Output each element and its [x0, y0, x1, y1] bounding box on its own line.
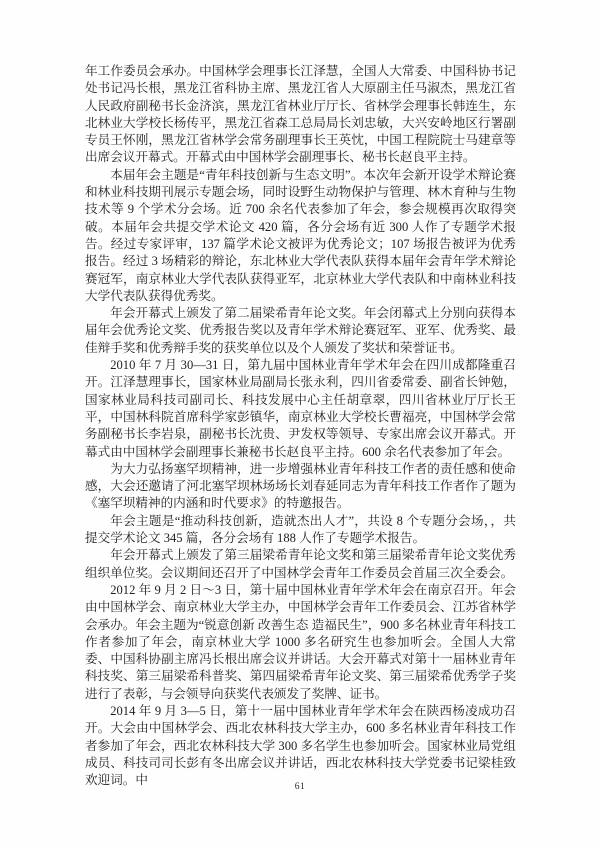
paragraph: 2012 年 9 月 2 日～3 日，第十届中国林业青年学术年会在南京召开。年会… [85, 582, 516, 703]
paragraph: 年会开幕式上颁发了第二届梁希青年论文奖。年会闭幕式上分别向获得本届年会优秀论文奖… [85, 305, 516, 357]
paragraph: 2014 年 9 月 3—5 日，第十一届中国林业青年学术年会在陕西杨凌成功召开… [85, 703, 516, 789]
paragraph: 年工作委员会承办。中国林学会理事长江泽慧，全国人大常委、中国科协书记处书记冯长根… [85, 63, 516, 167]
paragraph: 为大力弘扬塞罕坝精神，进一步增强林业青年科技工作者的责任感和使命感，大会还邀请了… [85, 461, 516, 513]
paragraph: 年会主题是“推动科技创新，造就杰出人才”，共设 8 个专题分会场，，共提交学术论… [85, 513, 516, 548]
document-page: 年工作委员会承办。中国林学会理事长江泽慧，全国人大常委、中国科协书记处书记冯长根… [0, 0, 600, 848]
document-body: 年工作委员会承办。中国林学会理事长江泽慧，全国人大常委、中国科协书记处书记冯长根… [85, 63, 516, 789]
page-number: 61 [0, 782, 600, 792]
paragraph: 本届年会主题是“青年科技创新与生态文明”。本次年会新开设学术辩论赛和林业科技期刊… [85, 167, 516, 305]
paragraph: 2010 年 7 月 30—31 日，第九届中国林业青年学术年会在四川成都隆重召… [85, 357, 516, 461]
paragraph: 年会开幕式上颁发了第三届梁希青年论文奖和第三届梁希青年论文奖优秀组织单位奖。会议… [85, 547, 516, 582]
